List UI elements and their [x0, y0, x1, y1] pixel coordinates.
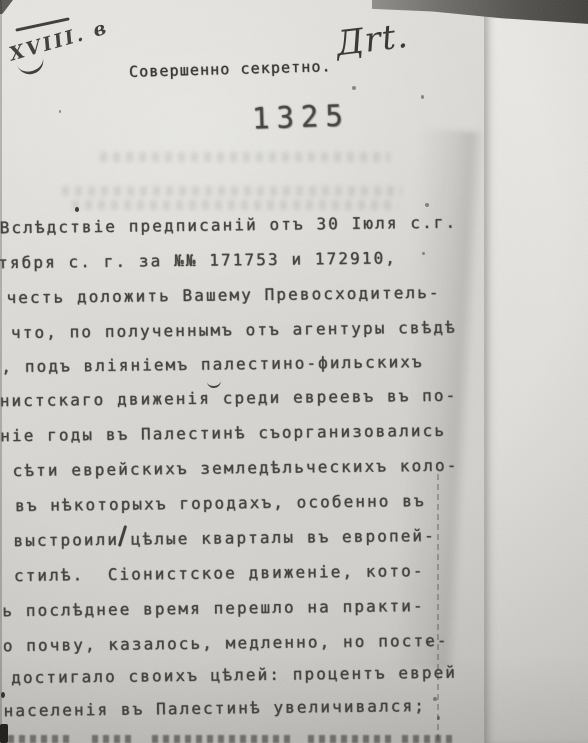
typed-line: нистскаго движенія среди евреевъ въ по-: [0, 386, 457, 411]
speck: [352, 86, 356, 90]
cut-off-line-fragment: [8, 735, 72, 743]
typed-line: населенія въ Палестинѣ увеличивался;: [3, 696, 426, 720]
typed-line: достигало своихъ цѣлей: процентъ еврей: [11, 663, 457, 687]
typed-line: что, по полученнымъ отъ агентуры свѣдѣ: [11, 318, 457, 342]
typed-line: въ нѣкоторыхъ городахъ, особенно въ: [15, 491, 426, 515]
typed-line: ніе годы въ Палестинѣ съорганизовались: [0, 421, 446, 445]
cut-off-line-fragment: [152, 735, 292, 743]
typed-line: , подъ вліяніемъ палестино-фильскихъ: [1, 352, 424, 376]
speck: [433, 697, 437, 701]
speck: [59, 110, 61, 113]
speck: [437, 716, 440, 720]
typed-line: сѣти еврейскихъ земледѣльческихъ коло-: [13, 456, 459, 480]
typed-line: честь доложить Вашему Превосходитель-: [6, 283, 440, 307]
ink-blob: [0, 724, 8, 743]
cut-off-line-fragment: [308, 735, 394, 743]
speck: [422, 252, 425, 255]
cut-off-line-fragment: [402, 735, 454, 743]
typed-line: выстроили цѣлые кварталы въ европей-: [13, 526, 436, 550]
typed-line: о почву, казалось, медленно, но посте-: [3, 631, 449, 655]
typed-body-text: Вслѣдствіе предписаній отъ 30 Іюля с.г. …: [0, 0, 588, 743]
cut-off-line-fragment: [92, 735, 132, 743]
speck: [75, 207, 79, 212]
typed-line: стилѣ. Сіонистское движеніе, кото-: [14, 561, 425, 585]
speck: [425, 203, 429, 207]
typed-line: тября с. г. за №№ 171753 и 172910,: [0, 248, 397, 272]
scanned-document-photo: XVIII. в Дrt. Совершенно секретно. 1325 …: [0, 0, 588, 743]
speck: [421, 95, 424, 99]
speck: [427, 641, 430, 645]
typed-line: ь послѣднее время перешло на практи-: [2, 596, 425, 620]
typed-line: Вслѣдствіе предписаній отъ 30 Іюля с.г.: [0, 213, 457, 238]
ink-blob: [1, 692, 5, 698]
